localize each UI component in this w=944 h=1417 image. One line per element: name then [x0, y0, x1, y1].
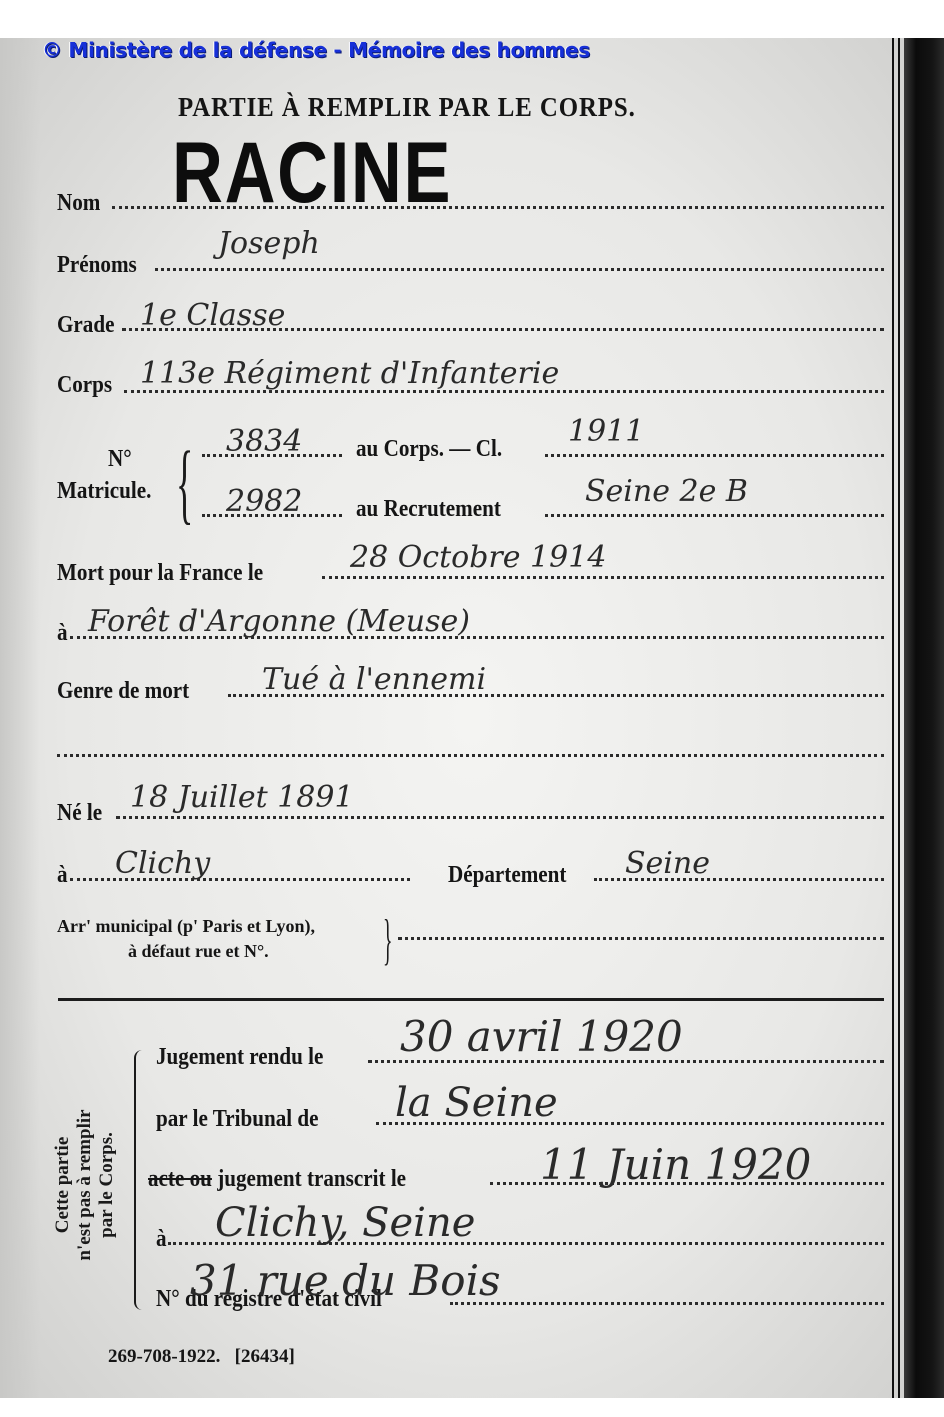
lieu-mort-value: Forêt d'Argonne (Meuse) [88, 604, 470, 639]
au-corps-label: au Corps. — Cl. [356, 436, 502, 463]
arrondissement-brace: } [383, 908, 392, 972]
lieu-transcription-value: Clichy, Seine [215, 1200, 475, 1246]
side-note-line: Cette partie [52, 1070, 74, 1300]
mort-line [322, 576, 884, 579]
scan-shadow [0, 38, 40, 1398]
tribunal-value: la Seine [395, 1080, 558, 1126]
arrondissement-label-1: Arr' municipal (p' Paris et Lyon), [57, 916, 315, 937]
registre-line [450, 1302, 884, 1305]
copyright-watermark: © Ministère de la défense - Mémoire des … [42, 38, 590, 62]
ne-le-label: Né le [57, 800, 102, 827]
side-note: Cette partie n'est pas à remplir par le … [52, 1070, 118, 1300]
jugement-value: 30 avril 1920 [400, 1012, 683, 1061]
bureau-line [545, 514, 884, 517]
genre-mort-value: Tué à l'ennemi [262, 662, 486, 697]
registre-value: 31 rue du Bois [190, 1256, 501, 1305]
print-reference: 269-708-1922. [26434] [108, 1346, 295, 1368]
classe-line [545, 454, 884, 457]
matricule-label: Matricule. [57, 478, 151, 505]
lieu-mort-label: à [57, 620, 68, 647]
border-line [892, 38, 894, 1398]
corps-label: Corps [57, 372, 112, 399]
corps-value: 113e Régiment d'Infanterie [140, 356, 559, 391]
form-header: PARTIE À REMPLIR PAR LE CORPS. [178, 92, 636, 123]
lieu-naissance-label: à [57, 862, 68, 889]
prenoms-value: Joseph [218, 226, 320, 261]
classe-value: 1911 [568, 414, 644, 449]
side-note-line: n'est pas à remplir [74, 1070, 96, 1300]
tribunal-label: par le Tribunal de [156, 1106, 319, 1133]
ne-le-line [116, 816, 884, 819]
ne-le-value: 18 Juillet 1891 [130, 780, 354, 815]
genre-mort-label: Genre de mort [57, 678, 189, 705]
nom-label: Nom [57, 190, 100, 217]
au-recrutement-value: 2982 [226, 484, 302, 519]
binding-edge [904, 38, 944, 1398]
blank-line [57, 754, 884, 757]
bureau-value: Seine 2e B [585, 474, 748, 509]
matricule-brace: { [176, 432, 193, 535]
lieu-naissance-value: Clichy [115, 846, 210, 881]
grade-value: 1e Classe [140, 298, 285, 333]
arrondissement-line [398, 937, 884, 940]
section2-brace [134, 1050, 144, 1310]
departement-label: Département [448, 862, 566, 889]
jugement-label: Jugement rendu le [156, 1044, 323, 1071]
transcrit-struck-label: acte ou [148, 1166, 212, 1192]
transcrit-label: acte ou jugement transcrit le [148, 1166, 406, 1193]
transcrit-value: 11 Juin 1920 [540, 1140, 811, 1189]
mort-value: 28 Octobre 1914 [350, 540, 606, 575]
section-separator [58, 998, 884, 1001]
mort-label: Mort pour la France le [57, 560, 263, 587]
prenoms-line [155, 268, 884, 271]
border-line [898, 38, 900, 1398]
lieu-transcription-label: à [156, 1226, 167, 1253]
au-corps-value: 3834 [226, 424, 302, 459]
numero-label: N° [108, 446, 132, 473]
departement-value: Seine [625, 846, 710, 881]
grade-label: Grade [57, 312, 114, 339]
side-note-line: par le Corps. [96, 1070, 118, 1300]
prenoms-label: Prénoms [57, 252, 137, 279]
nom-value: RACINE [172, 124, 452, 223]
au-recrutement-label: au Recrutement [356, 496, 501, 523]
transcrit-label-text: jugement transcrit le [217, 1166, 406, 1192]
arrondissement-label-2: à défaut rue et N°. [128, 941, 269, 962]
